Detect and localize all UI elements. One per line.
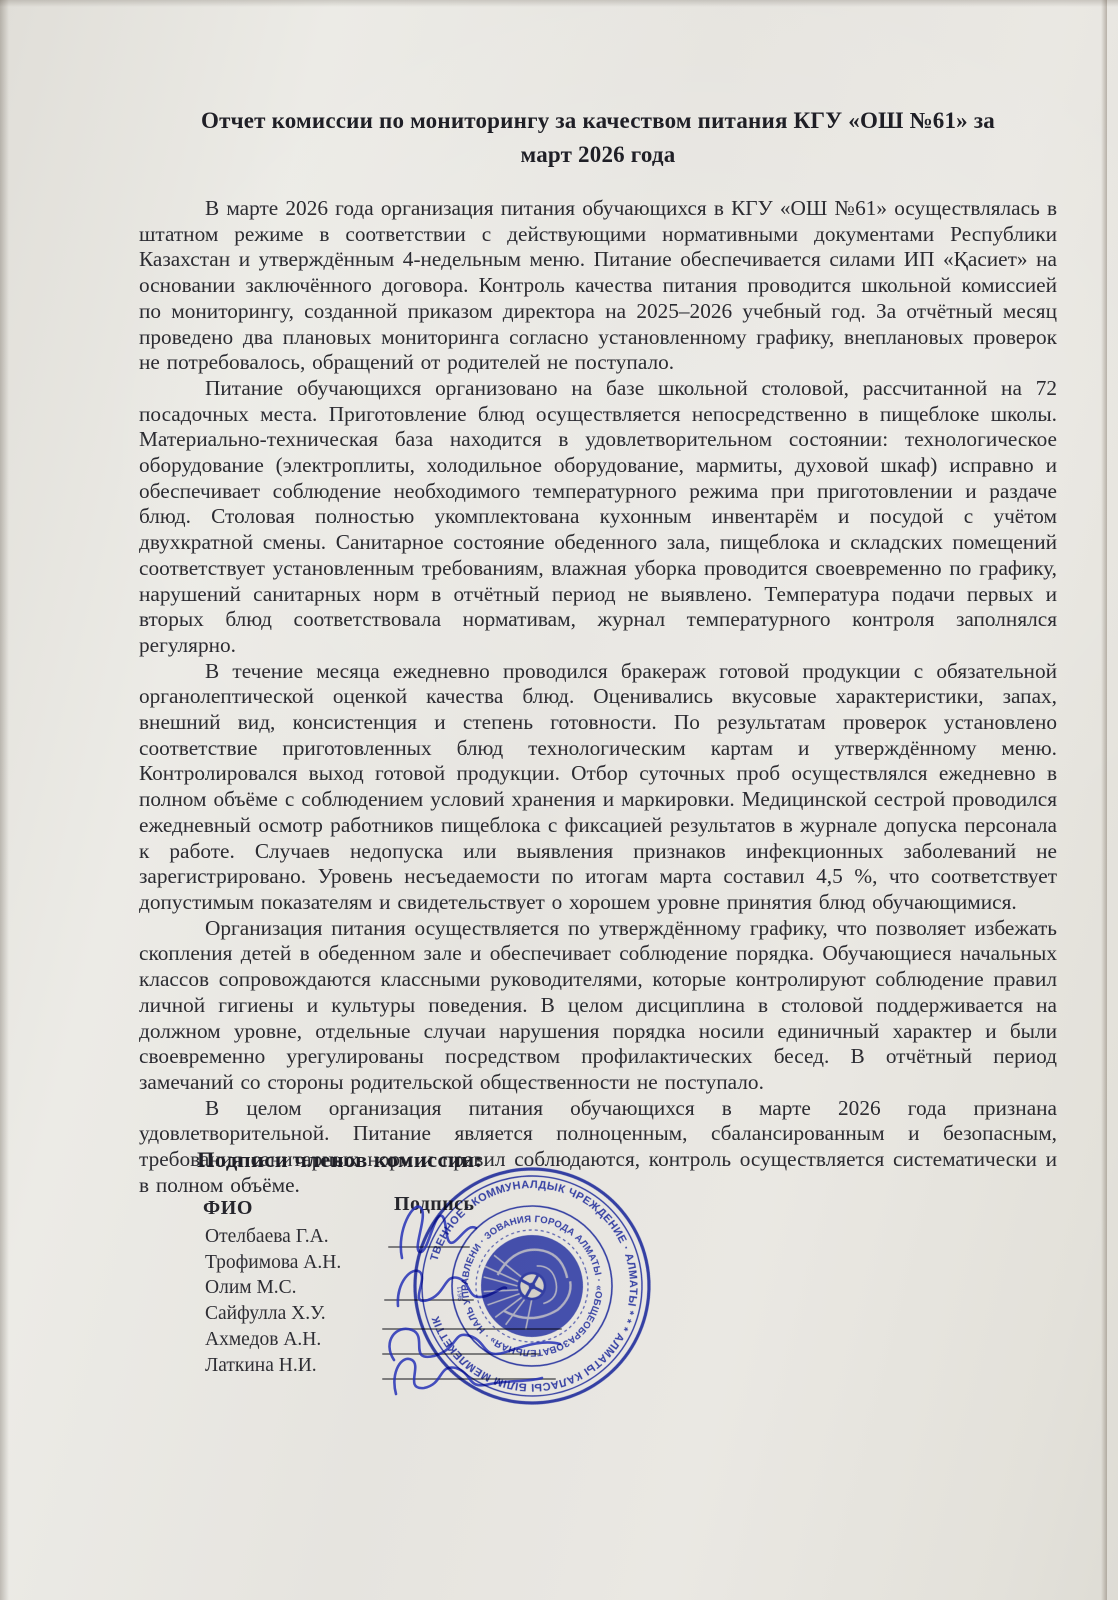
scanned-document-sheet: Отчет комиссии по мониторингу за качеств… [0, 0, 1118, 1600]
report-paragraph: В марте 2026 года организация питания об… [139, 196, 1057, 376]
paper-top-edge-shadow [0, 0, 1118, 7]
signatures-heading: Подписи членов комиссии: [197, 1147, 483, 1173]
photo-background-right-strip [1107, 0, 1118, 1600]
report-paragraph: Питание обучающихся организовано на базе… [139, 376, 1057, 659]
document-title: Отчет комиссии по мониторингу за качеств… [139, 104, 1057, 172]
stamp-serial-number: 9611 [457, 1286, 465, 1302]
report-paragraph: Организация питания осуществляется по ут… [139, 916, 1057, 1096]
fio-column-header: ФИО [203, 1197, 253, 1220]
report-paragraph: В течение месяца ежедневно проводился бр… [139, 659, 1057, 916]
document-title-line1: Отчет комиссии по мониторингу за качеств… [139, 104, 1057, 138]
document-title-line2: март 2026 года [139, 138, 1057, 172]
report-body: В марте 2026 года организация питания об… [139, 196, 1057, 1198]
paper-left-edge-shadow [0, 0, 9, 1600]
